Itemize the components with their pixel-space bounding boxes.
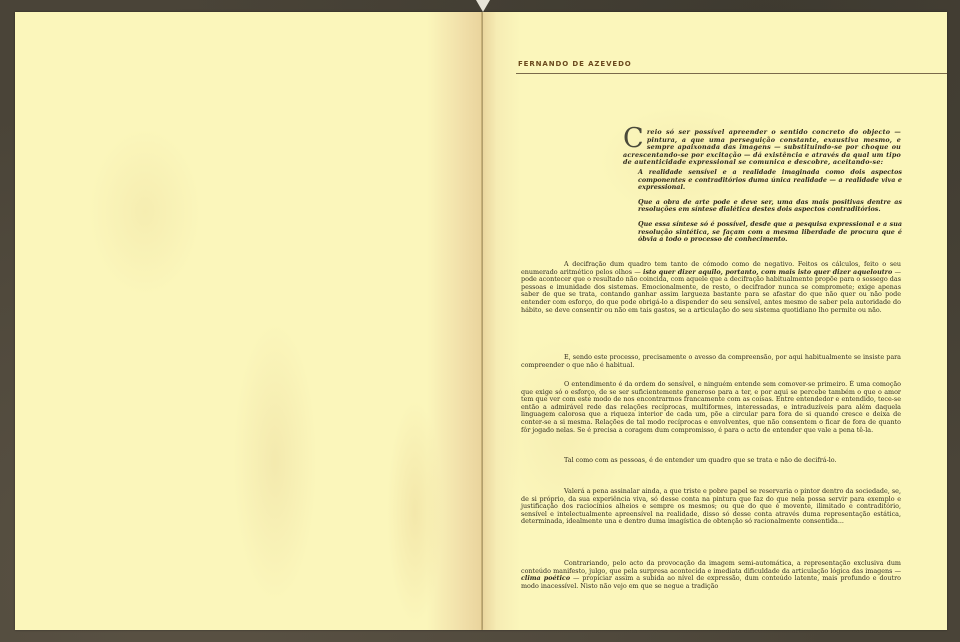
right-page: FERNANDO DE AZEVEDO Creio só ser possíve… [483,12,947,630]
page-notch [476,0,490,12]
running-head: FERNANDO DE AZEVEDO [518,60,632,68]
quote-item: Que essa síntese só é possível, desde qu… [638,221,902,244]
paragraph-text: Valerá a pena assinalar ainda, a que tri… [521,488,901,526]
drop-cap: C [623,128,644,150]
paragraph-decifracao: A decifração dum quadro tem tanto de cóm… [521,261,901,314]
paragraph-contrariando: Contrariando, pelo acto da provocação da… [521,560,901,590]
quote-list: A realidade sensível e a realidade imagi… [638,169,902,251]
paragraph-text: Tal como com as pessoas, é de entender u… [521,457,901,465]
paragraph-text: E, sendo este processo, precisamente o a… [521,354,901,369]
paragraph-text: O entendimento é da ordem do sensível, e… [521,381,901,434]
paragraph-pintor: Valerá a pena assinalar ainda, a que tri… [521,488,901,526]
intro-text: reio só ser possível apreender o sentido… [623,128,901,166]
paragraph-entendimento: O entendimento é da ordem do sensível, e… [521,381,901,434]
left-page [15,12,483,630]
paragraph-text: — propiciar assim a subida ao nível de e… [521,574,901,590]
paragraph-text: — pode acontecer que o resultado não coi… [521,268,901,314]
paragraph-pessoas: Tal como com as pessoas, é de entender u… [521,457,901,465]
header-rule [516,73,947,74]
intro-paragraph: Creio só ser possível apreender o sentid… [623,129,901,167]
quote-item: Que a obra de arte pode e deve ser, uma … [638,199,902,214]
quote-item: A realidade sensível e a realidade imagi… [638,169,902,192]
paragraph-text: Contrariando, pelo acto da provocação da… [521,559,901,575]
paragraph-processo: E, sendo este processo, precisamente o a… [521,354,901,369]
